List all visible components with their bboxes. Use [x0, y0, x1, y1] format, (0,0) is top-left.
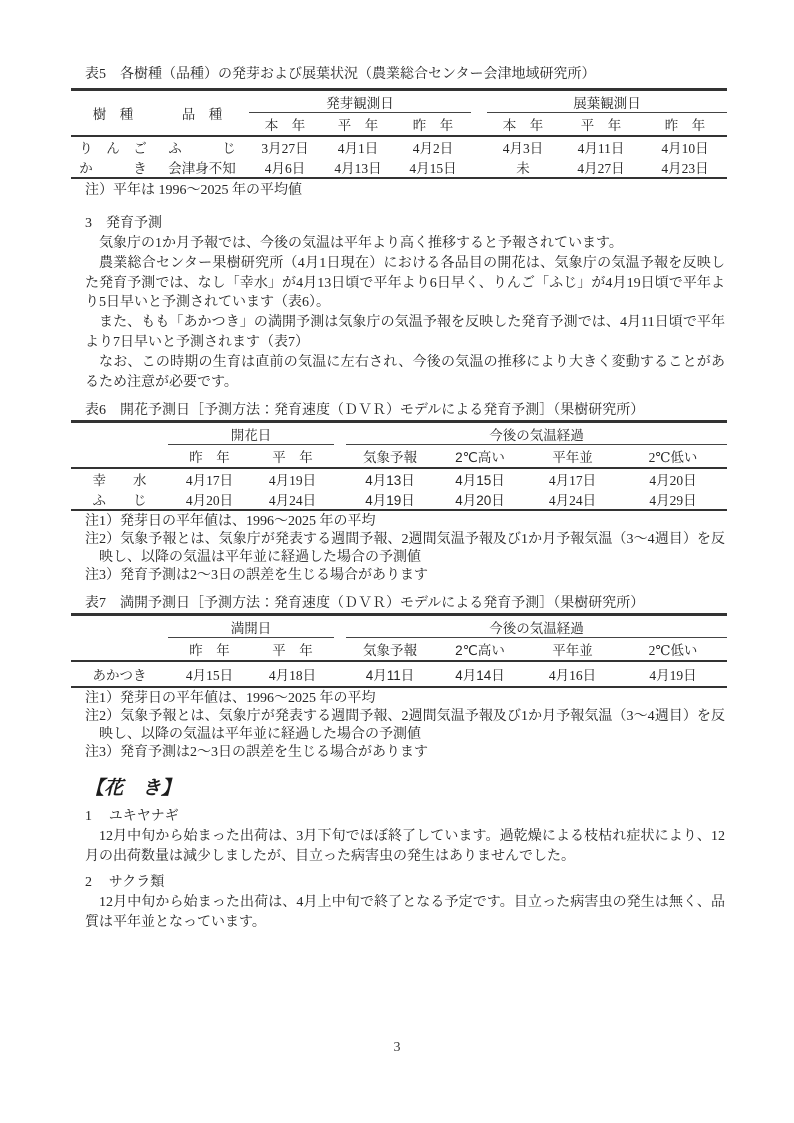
table-row-akatsuki: あかつき 4月15日 4月18日 4月11日 4月14日 4月16日 4月19日	[71, 661, 727, 687]
note: 注3）発育予測は2～3日の誤差を生じる場合があります	[85, 744, 725, 762]
table5-sub-last-year: 昨 年	[643, 113, 727, 137]
table7-variety-column-header	[71, 615, 168, 662]
table6-sub-normal-year: 平 年	[251, 445, 334, 469]
paragraph: 12月中旬から始まった出荷は、3月下旬でほぼ終了しています。過乾燥による枝枯れ症…	[85, 827, 725, 867]
date-cell: 4月24日	[526, 489, 619, 510]
section-number: 3	[85, 216, 92, 231]
flower-item-heading: 2サクラ類	[85, 873, 725, 893]
note: 注2）気象予報とは、気象庁が発表する週間予報、2週間気温予報及び1か月予報気温（…	[85, 708, 725, 744]
date-cell: 4月13日	[321, 157, 395, 178]
paragraph: また、もも「あかつき」の満開予測は気象庁の気温予報を反映した発育予測では、4月1…	[85, 313, 725, 353]
date-cell: 4月29日	[619, 489, 727, 510]
table7-sub-weather-forecast: 気象予報	[346, 638, 434, 662]
forecast-date-cell: 4月13日	[346, 468, 434, 489]
flower-item-body: 12月中旬から始まった出荷は、3月下旬でほぼ終了しています。過乾燥による枝枯れ症…	[85, 827, 725, 867]
table5-budding-leafing: 樹 種 品 種 発芽観測日 展葉観測日 本 年 平 年 昨 年 本 年 平 年 …	[71, 88, 727, 179]
date-cell: 4月20日	[168, 489, 251, 510]
page-number: 3	[0, 1040, 794, 1056]
variety-cell: 会津身不知	[155, 157, 249, 178]
section-title: 発育予測	[106, 216, 162, 231]
table5-sub-last-year: 昨 年	[395, 113, 471, 137]
section-growth-heading: 3発育予測	[85, 214, 725, 234]
date-cell: 4月17日	[168, 468, 251, 489]
variety-cell: あかつき	[71, 661, 168, 687]
table-row-fuji: ふ じ 4月20日 4月24日 4月19日 4月20日 4月24日 4月29日	[71, 489, 727, 510]
column-spacer	[334, 468, 346, 489]
table7-group-temperature: 今後の気温経過	[346, 615, 727, 638]
date-cell: 3月27日	[249, 136, 321, 157]
date-cell: 4月17日	[526, 468, 619, 489]
flower-item-heading: 1ユキヤナギ	[85, 807, 725, 827]
table5-sub-normal-year: 平 年	[559, 113, 643, 137]
date-cell: 4月6日	[249, 157, 321, 178]
table6-title: 表6 開花予測日［予測方法：発育速度（ＤＶＲ）モデルによる発育予測］（果樹研究所…	[85, 402, 725, 420]
forecast-date-cell: 4月20日	[434, 489, 526, 510]
paragraph: 12月中旬から始まった出荷は、4月上中旬で終了となる予定です。目立った病害虫の発…	[85, 893, 725, 933]
column-spacer	[334, 422, 346, 469]
table5-col-tree: 樹 種	[71, 90, 155, 137]
table7-fullbloom-forecast: 満開日 今後の気温経過 昨 年 平 年 気象予報 2℃高い 平年並 2℃低い あ…	[71, 613, 727, 688]
table5-group-leafing: 展葉観測日	[487, 90, 727, 113]
table7-sub-header-row: 昨 年 平 年 気象予報 2℃高い 平年並 2℃低い	[71, 638, 727, 662]
date-cell: 4月16日	[526, 661, 619, 687]
table-row-apple: り ん ご ふ じ 3月27日 4月1日 4月2日 4月3日 4月11日 4月1…	[71, 136, 727, 157]
forecast-date-cell: 4月14日	[434, 661, 526, 687]
date-cell: 4月23日	[643, 157, 727, 178]
table7-sub-last-year: 昨 年	[168, 638, 251, 662]
column-spacer	[334, 615, 346, 662]
section-growth-body: 気象庁の1か月予報では、今後の気温は平年より高く推移すると予報されています。 農…	[85, 234, 725, 392]
note: 注1）発芽日の平年値は、1996～2025 年の平均	[85, 513, 725, 531]
tree-cell: か き	[71, 157, 155, 178]
date-cell: 未	[487, 157, 559, 178]
table5-sub-this-year: 本 年	[487, 113, 559, 137]
date-cell: 4月11日	[559, 136, 643, 157]
variety-cell: ふ じ	[155, 136, 249, 157]
table6-sub-2c-higher: 2℃高い	[434, 445, 526, 469]
column-spacer	[471, 157, 487, 178]
column-spacer	[334, 661, 346, 687]
variety-cell: 幸 水	[71, 468, 168, 489]
forecast-date-cell: 4月19日	[346, 489, 434, 510]
table-row-persimmon: か き 会津身不知 4月6日 4月13日 4月15日 未 4月27日 4月23日	[71, 157, 727, 178]
table7-sub-normal-temp: 平年並	[526, 638, 619, 662]
table6-variety-column-header	[71, 422, 168, 469]
table7-group-fullbloom-date: 満開日	[168, 615, 334, 638]
note: 注3）発育予測は2～3日の誤差を生じる場合があります	[85, 567, 725, 585]
tree-cell: り ん ご	[71, 136, 155, 157]
date-cell: 4月19日	[619, 661, 727, 687]
table7-title: 表7 満開予測日［予測方法：発育速度（ＤＶＲ）モデルによる発育予測］（果樹研究所…	[85, 595, 725, 613]
column-spacer	[471, 90, 487, 137]
column-spacer	[471, 136, 487, 157]
date-cell: 4月3日	[487, 136, 559, 157]
forecast-date-cell: 4月15日	[434, 468, 526, 489]
table5-sub-normal-year: 平 年	[321, 113, 395, 137]
table5-sub-this-year: 本 年	[249, 113, 321, 137]
table6-sub-normal-temp: 平年並	[526, 445, 619, 469]
table7-sub-2c-lower: 2℃低い	[619, 638, 727, 662]
date-cell: 4月27日	[559, 157, 643, 178]
date-cell: 4月19日	[251, 468, 334, 489]
forecast-date-cell: 4月11日	[346, 661, 434, 687]
item-name: ユキヤナギ	[109, 809, 179, 824]
date-cell: 4月2日	[395, 136, 471, 157]
date-cell: 4月24日	[251, 489, 334, 510]
table6-bloom-forecast: 開花日 今後の気温経過 昨 年 平 年 気象予報 2℃高い 平年並 2℃低い 幸…	[71, 420, 727, 511]
table5-note: 注）平年は 1996～2025 年の平均値	[85, 181, 725, 200]
table6-sub-header-row: 昨 年 平 年 気象予報 2℃高い 平年並 2℃低い	[71, 445, 727, 469]
table7-sub-2c-higher: 2℃高い	[434, 638, 526, 662]
date-cell: 4月15日	[395, 157, 471, 178]
item-number: 2	[85, 875, 92, 890]
column-spacer	[334, 489, 346, 510]
paragraph: 農業総合センター果樹研究所（4月1日現在）における各品目の開花は、気象庁の気温予…	[85, 254, 725, 313]
note: 注1）発芽日の平年値は、1996～2025 年の平均	[85, 690, 725, 708]
table6-sub-last-year: 昨 年	[168, 445, 251, 469]
table7-sub-normal-year: 平 年	[251, 638, 334, 662]
paragraph: 気象庁の1か月予報では、今後の気温は平年より高く推移すると予報されています。	[85, 234, 725, 254]
table5-title: 表5 各樹種（品種）の発芽および展葉状況（農業総合センター会津地域研究所）	[85, 66, 725, 84]
table5-group-budding: 発芽観測日	[249, 90, 471, 113]
date-cell: 4月20日	[619, 468, 727, 489]
table6-group-temperature: 今後の気温経過	[346, 422, 727, 445]
table5-col-variety: 品 種	[155, 90, 249, 137]
table7-group-header-row: 満開日 今後の気温経過	[71, 615, 727, 638]
note: 注2）気象予報とは、気象庁が発表する週間予報、2週間気温予報及び1か月予報気温（…	[85, 531, 725, 567]
item-name: サクラ類	[109, 875, 164, 890]
table-row-kosui: 幸 水 4月17日 4月19日 4月13日 4月15日 4月17日 4月20日	[71, 468, 727, 489]
document-page: 表5 各樹種（品種）の発芽および展葉状況（農業総合センター会津地域研究所） 樹 …	[0, 0, 794, 1123]
table7-notes: 注1）発芽日の平年値は、1996～2025 年の平均 注2）気象予報とは、気象庁…	[85, 690, 725, 762]
paragraph: なお、この時期の生育は直前の気温に左右され、今後の気温の推移により大きく変動する…	[85, 353, 725, 393]
table6-group-header-row: 開花日 今後の気温経過	[71, 422, 727, 445]
date-cell: 4月15日	[168, 661, 251, 687]
table5-group-header-row: 樹 種 品 種 発芽観測日 展葉観測日	[71, 90, 727, 113]
date-cell: 4月10日	[643, 136, 727, 157]
date-cell: 4月18日	[251, 661, 334, 687]
variety-cell: ふ じ	[71, 489, 168, 510]
date-cell: 4月1日	[321, 136, 395, 157]
table6-sub-weather-forecast: 気象予報	[346, 445, 434, 469]
flower-item-body: 12月中旬から始まった出荷は、4月上中旬で終了となる予定です。目立った病害虫の発…	[85, 893, 725, 933]
flowers-section-heading: 【花 き】	[85, 776, 725, 801]
table6-notes: 注1）発芽日の平年値は、1996～2025 年の平均 注2）気象予報とは、気象庁…	[85, 513, 725, 585]
item-number: 1	[85, 809, 92, 824]
table6-sub-2c-lower: 2℃低い	[619, 445, 727, 469]
table6-group-bloom-date: 開花日	[168, 422, 334, 445]
